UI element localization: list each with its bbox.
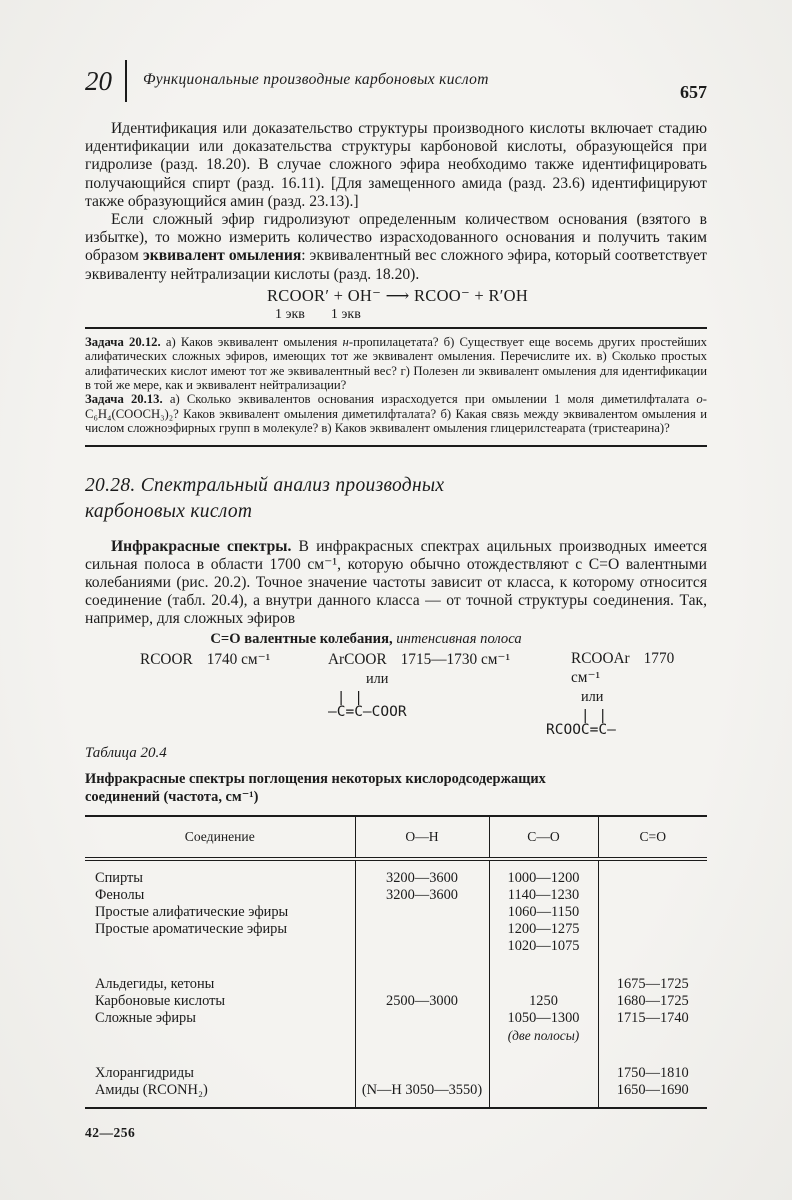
problem-label: Задача 20.13. xyxy=(85,392,163,406)
spectra-entries: RCOOR1740 см⁻¹ ArCOOR1715—1730 см⁻¹ или … xyxy=(85,650,707,737)
problems-box: Задача 20.12. а) Каков эквивалент омылен… xyxy=(85,327,707,447)
frequency-value: 1715—1730 см⁻¹ xyxy=(401,651,510,668)
problem-20-13: Задача 20.13. а) Сколько эквивалентов ос… xyxy=(85,392,707,435)
chapter-number: 20 xyxy=(85,68,112,95)
cell-oh xyxy=(355,904,489,921)
table-row-alcohols: Спирты 3200—3600 1000—1200 xyxy=(85,859,707,887)
structure-formula-vinyl-ester: | | —C=C—COOR xyxy=(328,691,546,719)
bold-term-saponification-equivalent: эквивалент омыления xyxy=(143,247,301,264)
cell-oh xyxy=(355,938,489,963)
cell-name: Хлорангидриды xyxy=(85,1052,355,1082)
cell-co-note: (две полосы) xyxy=(489,1027,598,1052)
equation-line: RCOOR′ + OH⁻ ⟶ RCOO⁻ + R′OH xyxy=(267,286,707,306)
table-row-aldehydes-ketones: Альдегиды, кетоны 1675—1725 xyxy=(85,963,707,993)
structure-formula-enol-ester: | | RCOOC=C— xyxy=(546,709,707,737)
cell-name: Простые алифатические эфиры xyxy=(85,904,355,921)
cell-co: 1060—1150 xyxy=(489,904,598,921)
spectra-entry-arcoor: ArCOOR1715—1730 см⁻¹ или | | —C=C—COOR xyxy=(328,650,546,737)
equivalent-label: 1 экв xyxy=(331,307,361,322)
cell-name: Простые ароматические эфиры xyxy=(85,921,355,938)
table-row-esters-two-bands-note: (две полосы) xyxy=(85,1027,707,1052)
cell-c-dbl-o: 1675—1725 xyxy=(598,963,707,993)
cell-name: Сложные эфиры xyxy=(85,1010,355,1027)
paragraph-text: Идентификация или доказательство структу… xyxy=(85,120,707,210)
paragraph-saponification-equivalent: Если сложный эфир гидролизуют определенн… xyxy=(85,211,707,284)
column-header-co: С—О xyxy=(489,816,598,859)
formula-text: ArCOOR xyxy=(328,651,387,668)
cell-name: Фенолы xyxy=(85,887,355,904)
table-row-phenols: Фенолы 3200—3600 1140—1230 xyxy=(85,887,707,904)
formula-text: RCOOAr xyxy=(571,650,630,667)
equation-equivalents: 1 экв1 экв xyxy=(275,307,707,323)
cell-name: Альдегиды, кетоны xyxy=(85,963,355,993)
or-label: или xyxy=(581,689,707,706)
problem-label: Задача 20.12. xyxy=(85,335,161,349)
table-row-acid-chlorides: Хлорангидриды 1750—1810 xyxy=(85,1052,707,1082)
cell-c-dbl-o: 1680—1725 xyxy=(598,993,707,1010)
cell-name: Спирты xyxy=(85,859,355,887)
cell-co: 1140—1230 xyxy=(489,887,598,904)
cell-co: 1000—1200 xyxy=(489,859,598,887)
cell-co xyxy=(489,963,598,993)
page-header: 20 Функциональные производные карбоновых… xyxy=(85,66,707,112)
cell-c-dbl-o xyxy=(598,859,707,887)
header-divider xyxy=(125,60,127,102)
table-title: Инфракрасные спектры поглощения некоторы… xyxy=(85,770,595,806)
cell-co: 1050—1300 xyxy=(489,1010,598,1027)
bold-lead-ir-spectra: Инфракрасные спектры. xyxy=(111,538,291,555)
cell-c-dbl-o xyxy=(598,904,707,921)
table-row-esters: Сложные эфиры 1050—1300 1715—1740 xyxy=(85,1010,707,1027)
book-page: 20 Функциональные производные карбоновых… xyxy=(0,0,792,1200)
formula-text: RCOOR xyxy=(140,651,193,668)
cell-oh: 3200—3600 xyxy=(355,887,489,904)
table-row-aromatic-ethers-band2: 1020—1075 xyxy=(85,938,707,963)
cell-c-dbl-o xyxy=(598,921,707,938)
heading-italic: интенсивная полоса xyxy=(396,631,521,647)
cell-co xyxy=(489,1082,598,1108)
table-row-aliphatic-ethers: Простые алифатические эфиры 1060—1150 xyxy=(85,904,707,921)
cell-oh: 3200—3600 xyxy=(355,859,489,887)
problem-text: а) Сколько эквивалентов основания израсх… xyxy=(163,392,697,406)
heading-bold: С=О валентные колебания, xyxy=(210,631,396,647)
table-row-amides: Амиды (RCONH₂) (N—H 3050—3550) 1650—1690 xyxy=(85,1082,707,1108)
spectra-entry-rcoor: RCOOR1740 см⁻¹ xyxy=(140,650,328,737)
column-header-c-dbl-o: С=О xyxy=(598,816,707,859)
cell-oh xyxy=(355,1010,489,1027)
cell-oh xyxy=(355,1052,489,1082)
table-header-row: Соединение О—Н С—О С=О xyxy=(85,816,707,859)
table-row-carboxylic-acids: Карбоновые кислоты 2500—3000 1250 1680—1… xyxy=(85,993,707,1010)
paragraph-identification: Идентификация или доказательство структу… xyxy=(85,120,707,211)
co-stretch-heading: С=О валентные колебания, интенсивная пол… xyxy=(85,631,647,648)
cell-c-dbl-o xyxy=(598,887,707,904)
table-caption-label: Таблица 20.4 xyxy=(85,745,707,762)
equivalent-label: 1 экв xyxy=(275,307,305,322)
section-heading-20-28: 20.28. Спектральный анализ производных к… xyxy=(85,473,535,525)
paragraph-ir-spectra: Инфракрасные спектры. В инфракрасных спе… xyxy=(85,538,707,629)
cell-c-dbl-o: 1650—1690 xyxy=(598,1082,707,1108)
cell-c-dbl-o xyxy=(598,938,707,963)
ir-absorption-table: Соединение О—Н С—О С=О Спирты 3200—3600 … xyxy=(85,815,707,1109)
cell-co: 1250 xyxy=(489,993,598,1010)
cell-name: Карбоновые кислоты xyxy=(85,993,355,1010)
cell-name: Амиды (RCONH₂) xyxy=(85,1082,355,1108)
table-row-aromatic-ethers: Простые ароматические эфиры 1200—1275 xyxy=(85,921,707,938)
cell-name xyxy=(85,938,355,963)
press-mark: 42—256 xyxy=(85,1125,707,1141)
saponification-equation: RCOOR′ + OH⁻ ⟶ RCOO⁻ + R′OH 1 экв1 экв xyxy=(85,286,707,323)
problem-text: а) Каков эквивалент омыления xyxy=(161,335,343,349)
cell-co: 1020—1075 xyxy=(489,938,598,963)
cell-name xyxy=(85,1027,355,1052)
cell-c-dbl-o: 1750—1810 xyxy=(598,1052,707,1082)
cell-oh: 2500—3000 xyxy=(355,993,489,1010)
cell-oh xyxy=(355,1027,489,1052)
cell-co xyxy=(489,1052,598,1082)
cell-co: 1200—1275 xyxy=(489,921,598,938)
frequency-value: 1740 см⁻¹ xyxy=(207,651,271,668)
column-header-oh: О—Н xyxy=(355,816,489,859)
cell-oh xyxy=(355,963,489,993)
cell-c-dbl-o: 1715—1740 xyxy=(598,1010,707,1027)
cell-c-dbl-o xyxy=(598,1027,707,1052)
running-title: Функциональные производные карбоновых ки… xyxy=(143,71,489,89)
or-label: или xyxy=(366,671,546,688)
column-header-compound: Соединение xyxy=(85,816,355,859)
cell-oh: (N—H 3050—3550) xyxy=(355,1082,489,1108)
cell-oh xyxy=(355,921,489,938)
page-number: 657 xyxy=(680,82,707,103)
problem-20-12: Задача 20.12. а) Каков эквивалент омылен… xyxy=(85,335,707,393)
spectra-entry-rcooar: RCOOAr1770 см⁻¹ или | | RCOOC=C— xyxy=(546,650,707,737)
co-stretch-block: С=О валентные колебания, интенсивная пол… xyxy=(85,631,707,737)
